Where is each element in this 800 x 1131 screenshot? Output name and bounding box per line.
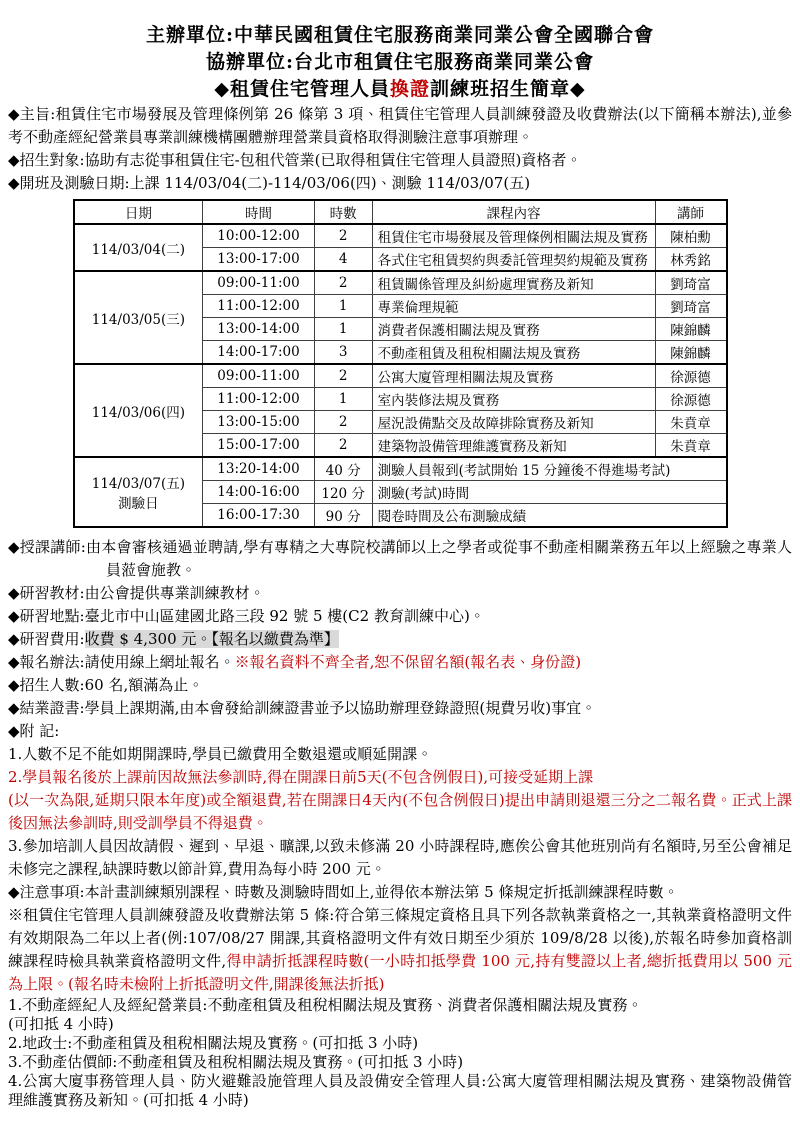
date-cell: 114/03/06(四)	[74, 364, 203, 457]
credit-1: 1.不動產經紀人及經紀營業員:不動產租賃及租稅相關法規及實務、消費者保護相關法規…	[8, 996, 792, 1015]
date-cell: 114/03/07(五) 測驗日	[74, 457, 203, 527]
course-cell: 消費者保護相關法規及實務	[372, 318, 655, 341]
hours-cell: 4	[314, 248, 372, 272]
credit-4: 4.公寓大廈事務管理人員、防火避難設施管理人員及設備安全管理人員:公寓大廈管理相…	[8, 1072, 792, 1110]
apply-text: 請使用線上網址報名。	[85, 653, 235, 671]
time-cell: 11:00-12:00	[203, 295, 314, 318]
time-cell: 13:20-14:00	[203, 457, 314, 481]
page-title-pre: ◆租賃住宅管理人員	[214, 78, 390, 100]
teacher-cell: 陳錦麟	[655, 318, 726, 341]
location-row: ◆研習地點:臺北市中山區建國北路三段 92 號 5 樓(C2 教育訓練中心)。	[8, 605, 792, 628]
credit-2: 2.地政士:不動產租賃及租稅相關法規及實務。(可扣抵 3 小時)	[8, 1034, 792, 1053]
time-cell: 10:00-12:00	[203, 224, 314, 248]
teacher-cell: 陳錦麟	[655, 341, 726, 365]
intro-schedule-label: ◆開班及測驗日期:	[8, 174, 130, 192]
fee-label: ◆研習費用:	[8, 630, 85, 648]
title-highlight: 換證	[390, 78, 430, 100]
hours-cell: 2	[314, 364, 372, 388]
credit-3: 3.不動產估價師:不動產租賃及租稅相關法規及實務。(可扣抵 3 小時)	[8, 1053, 792, 1072]
lecturer-row: ◆授課講師:由本會審核通過並聘請,學有專精之大專院校講師以上之學者或從事不動產相…	[8, 536, 792, 582]
intro-schedule: ◆開班及測驗日期:上課 114/03/04(二)-114/03/06(四)、測驗…	[8, 172, 792, 195]
teacher-cell: 徐源德	[655, 388, 726, 411]
material-text: 由公會提供專業訓練教材。	[85, 584, 265, 602]
intro-audience: ◆招生對象:協助有志從事租賃住宅-包租代管業(已取得租賃住宅管理人員證照)資格者…	[8, 149, 792, 172]
exam-date-note: 測驗日	[80, 492, 198, 512]
time-cell: 13:00-17:00	[203, 248, 314, 272]
teacher-cell: 朱賁章	[655, 411, 726, 434]
hours-cell: 3	[314, 341, 372, 365]
header-time: 時間	[203, 200, 314, 224]
time-cell: 09:00-11:00	[203, 364, 314, 388]
hours-cell: 2	[314, 224, 372, 248]
course-cell: 建築物設備管理維護實務及新知	[372, 434, 655, 458]
teacher-cell: 徐源德	[655, 364, 726, 388]
exam-content-cell: 閱卷時間及公布測驗成績	[372, 504, 726, 528]
credit-1-note: (可扣抵 4 小時)	[8, 1015, 792, 1034]
course-cell: 不動產租賃及租稅相關法規及實務	[372, 341, 655, 365]
hours-cell: 120 分	[314, 481, 372, 504]
teacher-cell: 劉琦富	[655, 295, 726, 318]
location-text: 臺北市中山區建國北路三段 92 號 5 樓(C2 教育訓練中心)。	[85, 607, 485, 625]
teacher-cell: 陳柏勳	[655, 224, 726, 248]
certificate-row: ◆結業證書:學員上課期滿,由本會發給訓練證書並予以協助辦理登錄證照(規費另收)事…	[8, 697, 792, 720]
course-cell: 室內裝修法規及實務	[372, 388, 655, 411]
intro-schedule-text: 上課 114/03/04(二)-114/03/06(四)、測驗 114/03/0…	[130, 174, 530, 192]
teacher-cell: 朱賁章	[655, 434, 726, 458]
fee-highlighted-text: 收費 $ 4,300 元。【報名以繳費為準】	[85, 630, 339, 648]
exam-content-cell: 測驗(考試)時間	[372, 481, 726, 504]
page-title-post: 訓練班招生簡章◆	[430, 78, 586, 100]
lecturer-label: ◆授課講師:	[8, 538, 86, 556]
organizer-line: 主辦單位:中華民國租賃住宅服務商業同業公會全國聯合會	[8, 22, 792, 49]
hours-cell: 90 分	[314, 504, 372, 528]
quota-row: ◆招生人數:60 名,額滿為止。	[8, 674, 792, 697]
exam-date: 114/03/07(五)	[80, 472, 198, 492]
time-cell: 13:00-15:00	[203, 411, 314, 434]
hours-cell: 40 分	[314, 457, 372, 481]
apply-warning-text: ※報名資料不齊全者,恕不保留名額(報名表、身份證)	[235, 653, 581, 671]
notice-row: ◆注意事項:本計畫訓練類別課程、時數及測驗時間如上,並得依本辦法第 5 條規定折…	[8, 881, 792, 904]
hours-cell: 1	[314, 388, 372, 411]
course-cell: 專業倫理規範	[372, 295, 655, 318]
material-row: ◆研習教材:由公會提供專業訓練教材。	[8, 582, 792, 605]
location-label: ◆研習地點:	[8, 607, 85, 625]
time-cell: 13:00-14:00	[203, 318, 314, 341]
intro-subject: ◆主旨:租賃住宅市場發展及管理條例第 26 條第 3 項、租賃住宅管理人員訓練發…	[8, 103, 792, 149]
intro-audience-label: ◆招生對象:	[8, 151, 85, 169]
hours-cell: 2	[314, 411, 372, 434]
course-cell: 各式住宅租賃契約與委託管理契約規範及實務	[372, 248, 655, 272]
certificate-text: 學員上課期滿,由本會發給訓練證書並予以協助辦理登錄證照(規費另收)事宜。	[85, 699, 596, 717]
time-cell: 11:00-12:00	[203, 388, 314, 411]
intro-subject-label: ◆主旨:	[8, 105, 55, 123]
page-title: ◆租賃住宅管理人員換證訓練班招生簡章◆	[8, 76, 792, 103]
schedule-table: 日期 時間 時數 課程內容 講師 114/03/04(二) 10:00-12:0…	[73, 199, 728, 528]
admission-brochure-page: 主辦單位:中華民國租賃住宅服務商業同業公會全國聯合會 協辦單位:台北市租賃住宅服…	[0, 0, 800, 1131]
table-row: 114/03/07(五) 測驗日 13:20-14:00 40 分 測驗人員報到…	[74, 457, 727, 481]
header-hours: 時數	[314, 200, 372, 224]
intro-audience-text: 協助有志從事租賃住宅-包租代管業(已取得租賃住宅管理人員證照)資格者。	[85, 151, 582, 169]
course-cell: 租賃住宅市場發展及管理條例相關法規及實務	[372, 224, 655, 248]
table-row: 114/03/05(三) 09:00-11:00 2 租賃關係管理及糾紛處理實務…	[74, 271, 727, 295]
header-date: 日期	[74, 200, 203, 224]
apply-label: ◆報名辦法:	[8, 653, 85, 671]
hours-cell: 2	[314, 434, 372, 458]
course-cell: 屋況設備點交及故障排除實務及新知	[372, 411, 655, 434]
time-cell: 14:00-17:00	[203, 341, 314, 365]
material-label: ◆研習教材:	[8, 584, 85, 602]
rule-paragraph: ※租賃住宅管理人員訓練發證及收費辦法第 5 條:符合第三條規定資格且具下列各款執…	[8, 904, 792, 996]
time-cell: 16:00-17:30	[203, 504, 314, 528]
hours-cell: 1	[314, 295, 372, 318]
table-row: 114/03/04(二) 10:00-12:00 2 租賃住宅市場發展及管理條例…	[74, 224, 727, 248]
co-organizer-line: 協辦單位:台北市租賃住宅服務商業同業公會	[8, 49, 792, 76]
certificate-label: ◆結業證書:	[8, 699, 85, 717]
exam-content-cell: 測驗人員報到(考試開始 15 分鐘後不得進場考試)	[372, 457, 726, 481]
teacher-cell: 林秀銘	[655, 248, 726, 272]
date-cell: 114/03/05(三)	[74, 271, 203, 364]
hours-cell: 1	[314, 318, 372, 341]
teacher-cell: 劉琦富	[655, 271, 726, 295]
table-header-row: 日期 時間 時數 課程內容 講師	[74, 200, 727, 224]
appendix-label: ◆附 記:	[8, 720, 792, 743]
time-cell: 14:00-16:00	[203, 481, 314, 504]
quota-label: ◆招生人數:	[8, 676, 85, 694]
apply-row: ◆報名辦法:請使用線上網址報名。※報名資料不齊全者,恕不保留名額(報名表、身份證…	[8, 651, 792, 674]
lecturer-text: 由本會審核通過並聘請,學有專精之大專院校講師以上之學者或從事不動產相關業務五年以…	[86, 538, 792, 579]
header-course: 課程內容	[372, 200, 655, 224]
intro-subject-text: 租賃住宅市場發展及管理條例第 26 條第 3 項、租賃住宅管理人員訓練發證及收費…	[8, 105, 792, 146]
header-teacher: 講師	[655, 200, 726, 224]
quota-text: 60 名,額滿為止。	[85, 676, 204, 694]
course-cell: 公寓大廈管理相關法規及實務	[372, 364, 655, 388]
note-2-line1: 2.學員報名後於上課前因故無法參訓時,得在開課日前5天(不包含例假日),可接受延…	[8, 766, 792, 789]
course-cell: 租賃關係管理及糾紛處理實務及新知	[372, 271, 655, 295]
hours-cell: 2	[314, 271, 372, 295]
table-row: 114/03/06(四) 09:00-11:00 2 公寓大廈管理相關法規及實務…	[74, 364, 727, 388]
date-cell: 114/03/04(二)	[74, 224, 203, 271]
fee-row: ◆研習費用:收費 $ 4,300 元。【報名以繳費為準】	[8, 628, 792, 651]
note-3: 3.參加培訓人員因故請假、遲到、早退、曠課,以致未修滿 20 小時課程時,應俟公…	[8, 835, 792, 881]
time-cell: 09:00-11:00	[203, 271, 314, 295]
note-2-line2: (以一次為限,延期只限本年度)或全額退費,若在開課日4天內(不包含例假日)提出申…	[8, 789, 792, 835]
time-cell: 15:00-17:00	[203, 434, 314, 458]
note-1: 1.人數不足不能如期開課時,學員已繳費用全數退還或順延開課。	[8, 743, 792, 766]
